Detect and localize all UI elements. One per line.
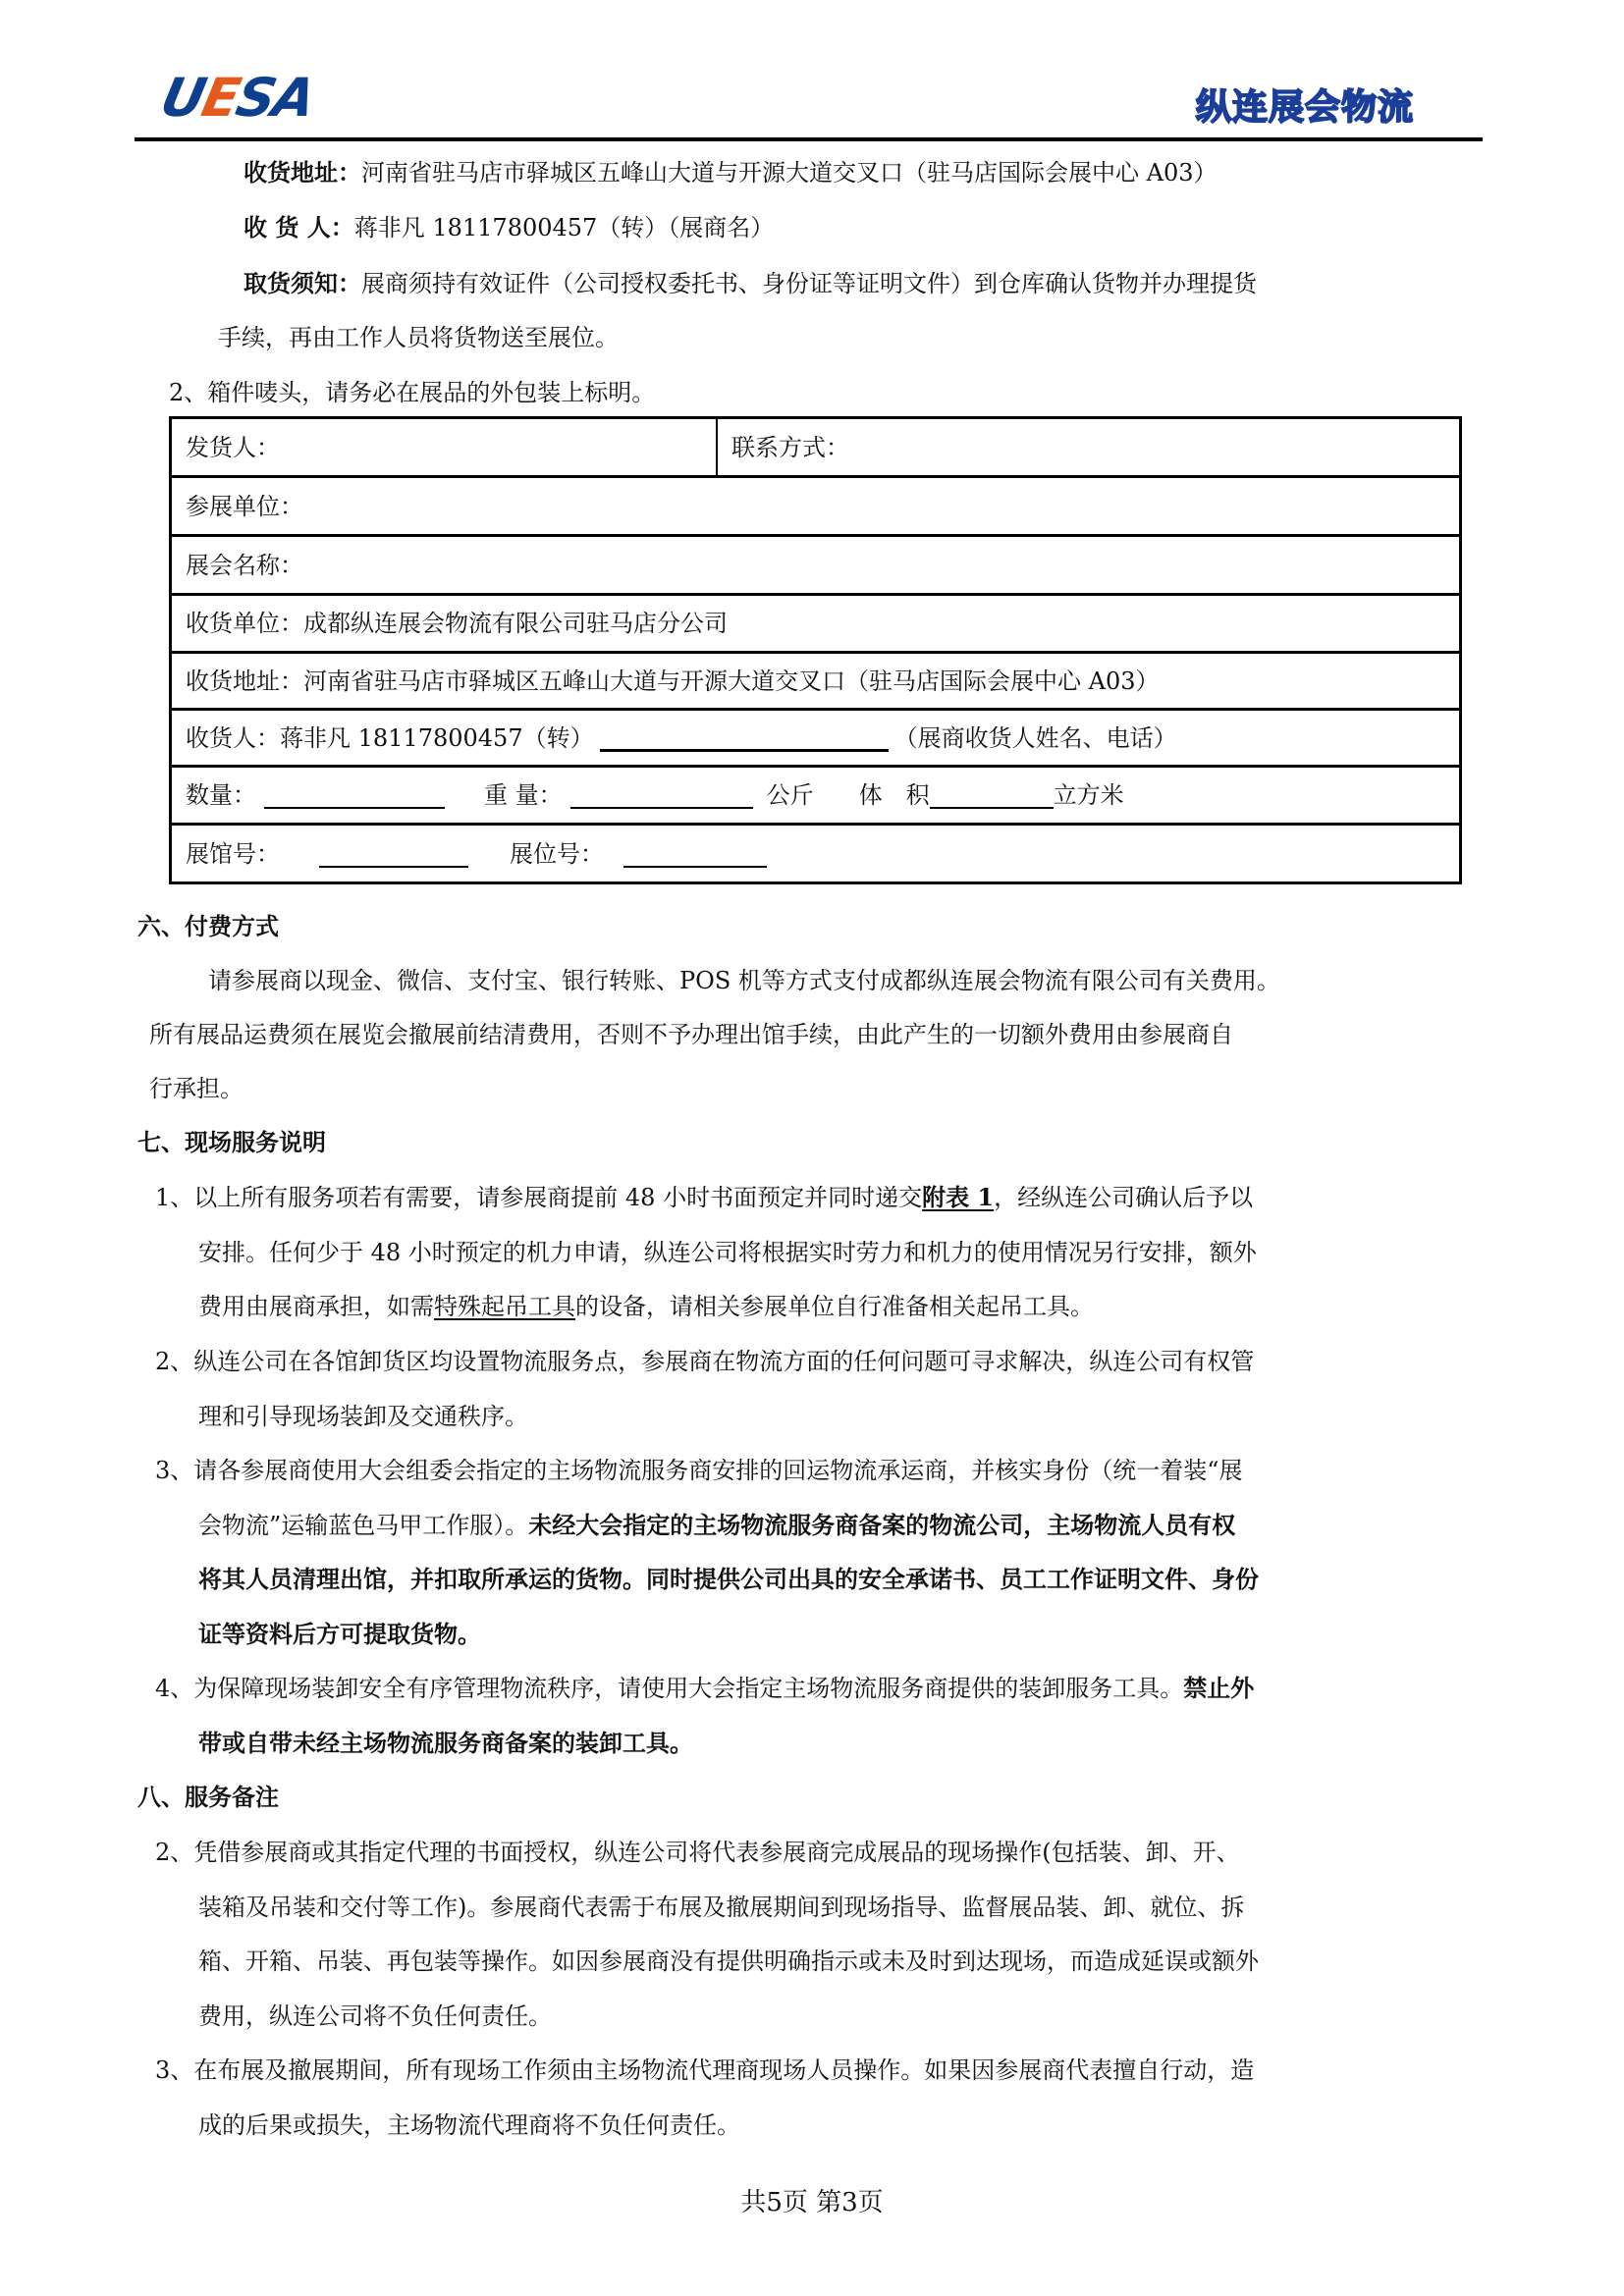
section7-item2-line1: 2、纵连公司在各馆卸货区均设置物流服务点，参展商在物流方面的任何问题可寻求解决，… (155, 1346, 1254, 1377)
item-text: 会物流”运输蓝色马甲工作服）。 (198, 1512, 528, 1539)
quantity-blank[interactable] (264, 781, 445, 809)
item-number: 1、 (155, 1184, 193, 1211)
booth-number-blank[interactable] (623, 840, 767, 868)
receiver-name-phone-blank[interactable] (600, 723, 889, 752)
item-number: 2、 (155, 1348, 193, 1375)
company-brand-logo: 纵连展会物流 (1196, 86, 1414, 130)
item-text: 凭借参展商或其指定代理的书面授权，纵连公司将代表参展商完成展品的现场操作(包括装… (193, 1839, 1239, 1866)
section7-item1-line2: 安排。任何少于 48 小时预定的机力申请，纵连公司将根据实时劳力和机力的使用情况… (198, 1237, 1257, 1268)
contact-label: 联系方式： (731, 432, 849, 463)
special-lifting-tools-text: 特殊起吊工具 (434, 1293, 575, 1320)
item-text: 为保障现场装卸安全有序管理物流秩序，请使用大会指定主场物流服务商提供的装卸服务工… (193, 1675, 1183, 1702)
form-row-receiver-person: 收货人：蒋非凡 18117800457（转） （展商收货人姓名、电话） (172, 708, 1459, 765)
section8-item2-line1: 2、凭借参展商或其指定代理的书面授权，纵连公司将代表参展商完成展品的现场操作(包… (155, 1837, 1240, 1868)
section7-item4-line2: 带或自带未经主场物流服务商备案的装卸工具。 (198, 1728, 693, 1759)
item-number: 2、 (155, 1839, 193, 1866)
exhibitor-label: 参展单位： (186, 491, 303, 522)
consignee-label: 收 货 人： (244, 213, 354, 241)
item-text: 的设备，请相关参展单位自行准备相关起吊工具。 (575, 1293, 1094, 1320)
item-number: 4、 (155, 1675, 193, 1702)
consignee-line: 收 货 人：蒋非凡 18117800457（转）（展商名） (244, 212, 774, 243)
logo-letters-sa: SA (231, 67, 319, 129)
page-number: 共5页 第3页 (0, 2187, 1624, 2218)
weight-unit: 公斤 (767, 779, 814, 811)
item-number: 3、 (155, 1457, 193, 1484)
quantity-label: 数量： (186, 779, 256, 811)
item-bold-text: 未经大会指定的主场物流服务商备案的物流公司，主场物流人员有权 (528, 1511, 1235, 1539)
form-row-receiver-address: 收货地址：河南省驻马店市驿城区五峰山大道与开源大道交叉口（驻马店国际会展中心 A… (172, 651, 1459, 708)
section7-item3-line4: 证等资料后方可提取货物。 (198, 1619, 481, 1650)
section8-item3-line2: 成的后果或损失，主场物流代理商将不负任何责任。 (198, 2109, 740, 2141)
attachment-1-link[interactable]: 附表 1 (922, 1183, 994, 1211)
item-text: ，经纵连公司确认后予以 (994, 1184, 1253, 1211)
volume-blank[interactable] (930, 781, 1054, 809)
uesa-logo: UESA (157, 75, 329, 122)
section7-item1-line1: 1、以上所有服务项若有需要，请参展商提前 48 小时书面预定并同时递交附表 1，… (155, 1182, 1253, 1213)
form-row-exhibitor: 参展单位： (172, 475, 1459, 534)
receiver-person-hint: （展商收货人姓名、电话） (894, 722, 1177, 754)
section6-para-line2: 所有展品运费须在展览会撤展前结清费用，否则不予办理出馆手续，由此产生的一切额外费… (149, 1019, 1233, 1050)
form-row-hall-booth: 展馆号： 展位号： (172, 823, 1459, 881)
section8-item3-line1: 3、在布展及撤展期间，所有现场工作须由主场物流代理商现场人员操作。如果因参展商代… (155, 2055, 1254, 2086)
shipping-marks-note: 2、箱件唛头，请务必在展品的外包装上标明。 (169, 377, 655, 408)
section8-item2-line2: 装箱及吊装和交付等工作)。参展商代表需于布展及撤展期间到现场指导、监督展品装、卸… (198, 1892, 1244, 1923)
item-text: 请各参展商使用大会组委会指定的主场物流服务商安排的回运物流承运商，并核实身份（统… (193, 1457, 1242, 1484)
pickup-notice-line2: 手续，再由工作人员将货物送至展位。 (218, 322, 619, 353)
form-row-shipper: 发货人： 联系方式： (172, 419, 1459, 475)
section7-title: 七、现场服务说明 (137, 1127, 326, 1158)
receive-address-value: 河南省驻马店市驿城区五峰山大道与开源大道交叉口（驻马店国际会展中心 A03） (361, 159, 1218, 187)
receiver-unit: 收货单位：成都纵连展会物流有限公司驻马店分公司 (186, 608, 728, 639)
section8-title: 八、服务备注 (137, 1782, 279, 1813)
item-text: 在布展及撤展期间，所有现场工作须由主场物流代理商现场人员操作。如果因参展商代表擅… (193, 2056, 1254, 2084)
item-number: 3、 (155, 2056, 193, 2084)
weight-label: 重 量： (484, 779, 563, 811)
section7-item4-line1: 4、为保障现场装卸安全有序管理物流秩序，请使用大会指定主场物流服务商提供的装卸服… (155, 1673, 1254, 1704)
hall-label: 展馆号： (186, 838, 280, 870)
receive-address-line: 收货地址：河南省驻马店市驿城区五峰山大道与开源大道交叉口（驻马店国际会展中心 A… (244, 157, 1218, 188)
hall-number-blank[interactable] (319, 840, 468, 868)
section7-item1-line3: 费用由展商承担，如需特殊起吊工具的设备，请相关参展单位自行准备相关起吊工具。 (198, 1291, 1094, 1322)
section8-item2-line4: 费用，纵连公司将不负任何责任。 (198, 2001, 552, 2032)
section6-para-line1: 请参展商以现金、微信、支付宝、银行转账、POS 机等方式支付成都纵连展会物流有限… (208, 965, 1280, 996)
column-divider (716, 419, 718, 475)
form-row-receiver-unit: 收货单位：成都纵连展会物流有限公司驻马店分公司 (172, 593, 1459, 651)
volume-label: 体 积 (859, 779, 930, 811)
weight-blank[interactable] (570, 781, 753, 809)
section7-item3-line3: 将其人员清理出馆，并扣取所承运的货物。同时提供公司出具的安全承诺书、员工工作证明… (198, 1564, 1259, 1595)
volume-unit: 立方米 (1054, 779, 1124, 811)
pickup-notice-line1: 取货须知：展商须持有效证件（公司授权委托书、身份证等证明文件）到仓库确认货物并办… (244, 268, 1257, 299)
section8-item2-line3: 箱、开箱、吊装、再包装等操作。如因参展商没有提供明确指示或未及时到达现场，而造成… (198, 1946, 1259, 1977)
section7-item3-line1: 3、请各参展商使用大会组委会指定的主场物流服务商安排的回运物流承运商，并核实身份… (155, 1455, 1243, 1486)
consignee-value: 蒋非凡 18117800457（转）（展商名） (354, 214, 775, 241)
item-text: 费用由展商承担，如需 (198, 1293, 434, 1320)
header-divider (135, 137, 1483, 141)
pickup-notice-label: 取货须知： (244, 269, 361, 297)
item-bold-text: 禁止外 (1183, 1674, 1254, 1702)
exhibition-name-label: 展会名称： (186, 550, 303, 581)
receive-address-label: 收货地址： (244, 158, 361, 187)
form-row-exhibition-name: 展会名称： (172, 534, 1459, 593)
receiver-person: 收货人：蒋非凡 18117800457（转） (186, 722, 594, 754)
item-text: 纵连公司在各馆卸货区均设置物流服务点，参展商在物流方面的任何问题可寻求解决，纵连… (193, 1348, 1254, 1375)
section6-para-line3: 行承担。 (149, 1073, 244, 1104)
item-text: 以上所有服务项若有需要，请参展商提前 48 小时书面预定并同时递交 (193, 1184, 922, 1211)
section7-item3-line2: 会物流”运输蓝色马甲工作服）。未经大会指定的主场物流服务商备案的物流公司，主场物… (198, 1510, 1235, 1541)
shipping-mark-form: 发货人： 联系方式： 参展单位： 展会名称： 收货单位：成都纵连展会物流有限公司… (169, 416, 1462, 884)
shipper-label: 发货人： (186, 432, 280, 463)
pickup-notice-value: 展商须持有效证件（公司授权委托书、身份证等证明文件）到仓库确认货物并办理提货 (361, 270, 1257, 297)
section6-title: 六、付费方式 (137, 911, 279, 942)
form-row-measurements: 数量： 重 量： 公斤 体 积 立方米 (172, 765, 1459, 823)
booth-label: 展位号： (510, 838, 604, 870)
receiver-address: 收货地址：河南省驻马店市驿城区五峰山大道与开源大道交叉口（驻马店国际会展中心 A… (186, 666, 1160, 697)
section7-item2-line2: 理和引导现场装卸及交通秩序。 (198, 1401, 528, 1432)
